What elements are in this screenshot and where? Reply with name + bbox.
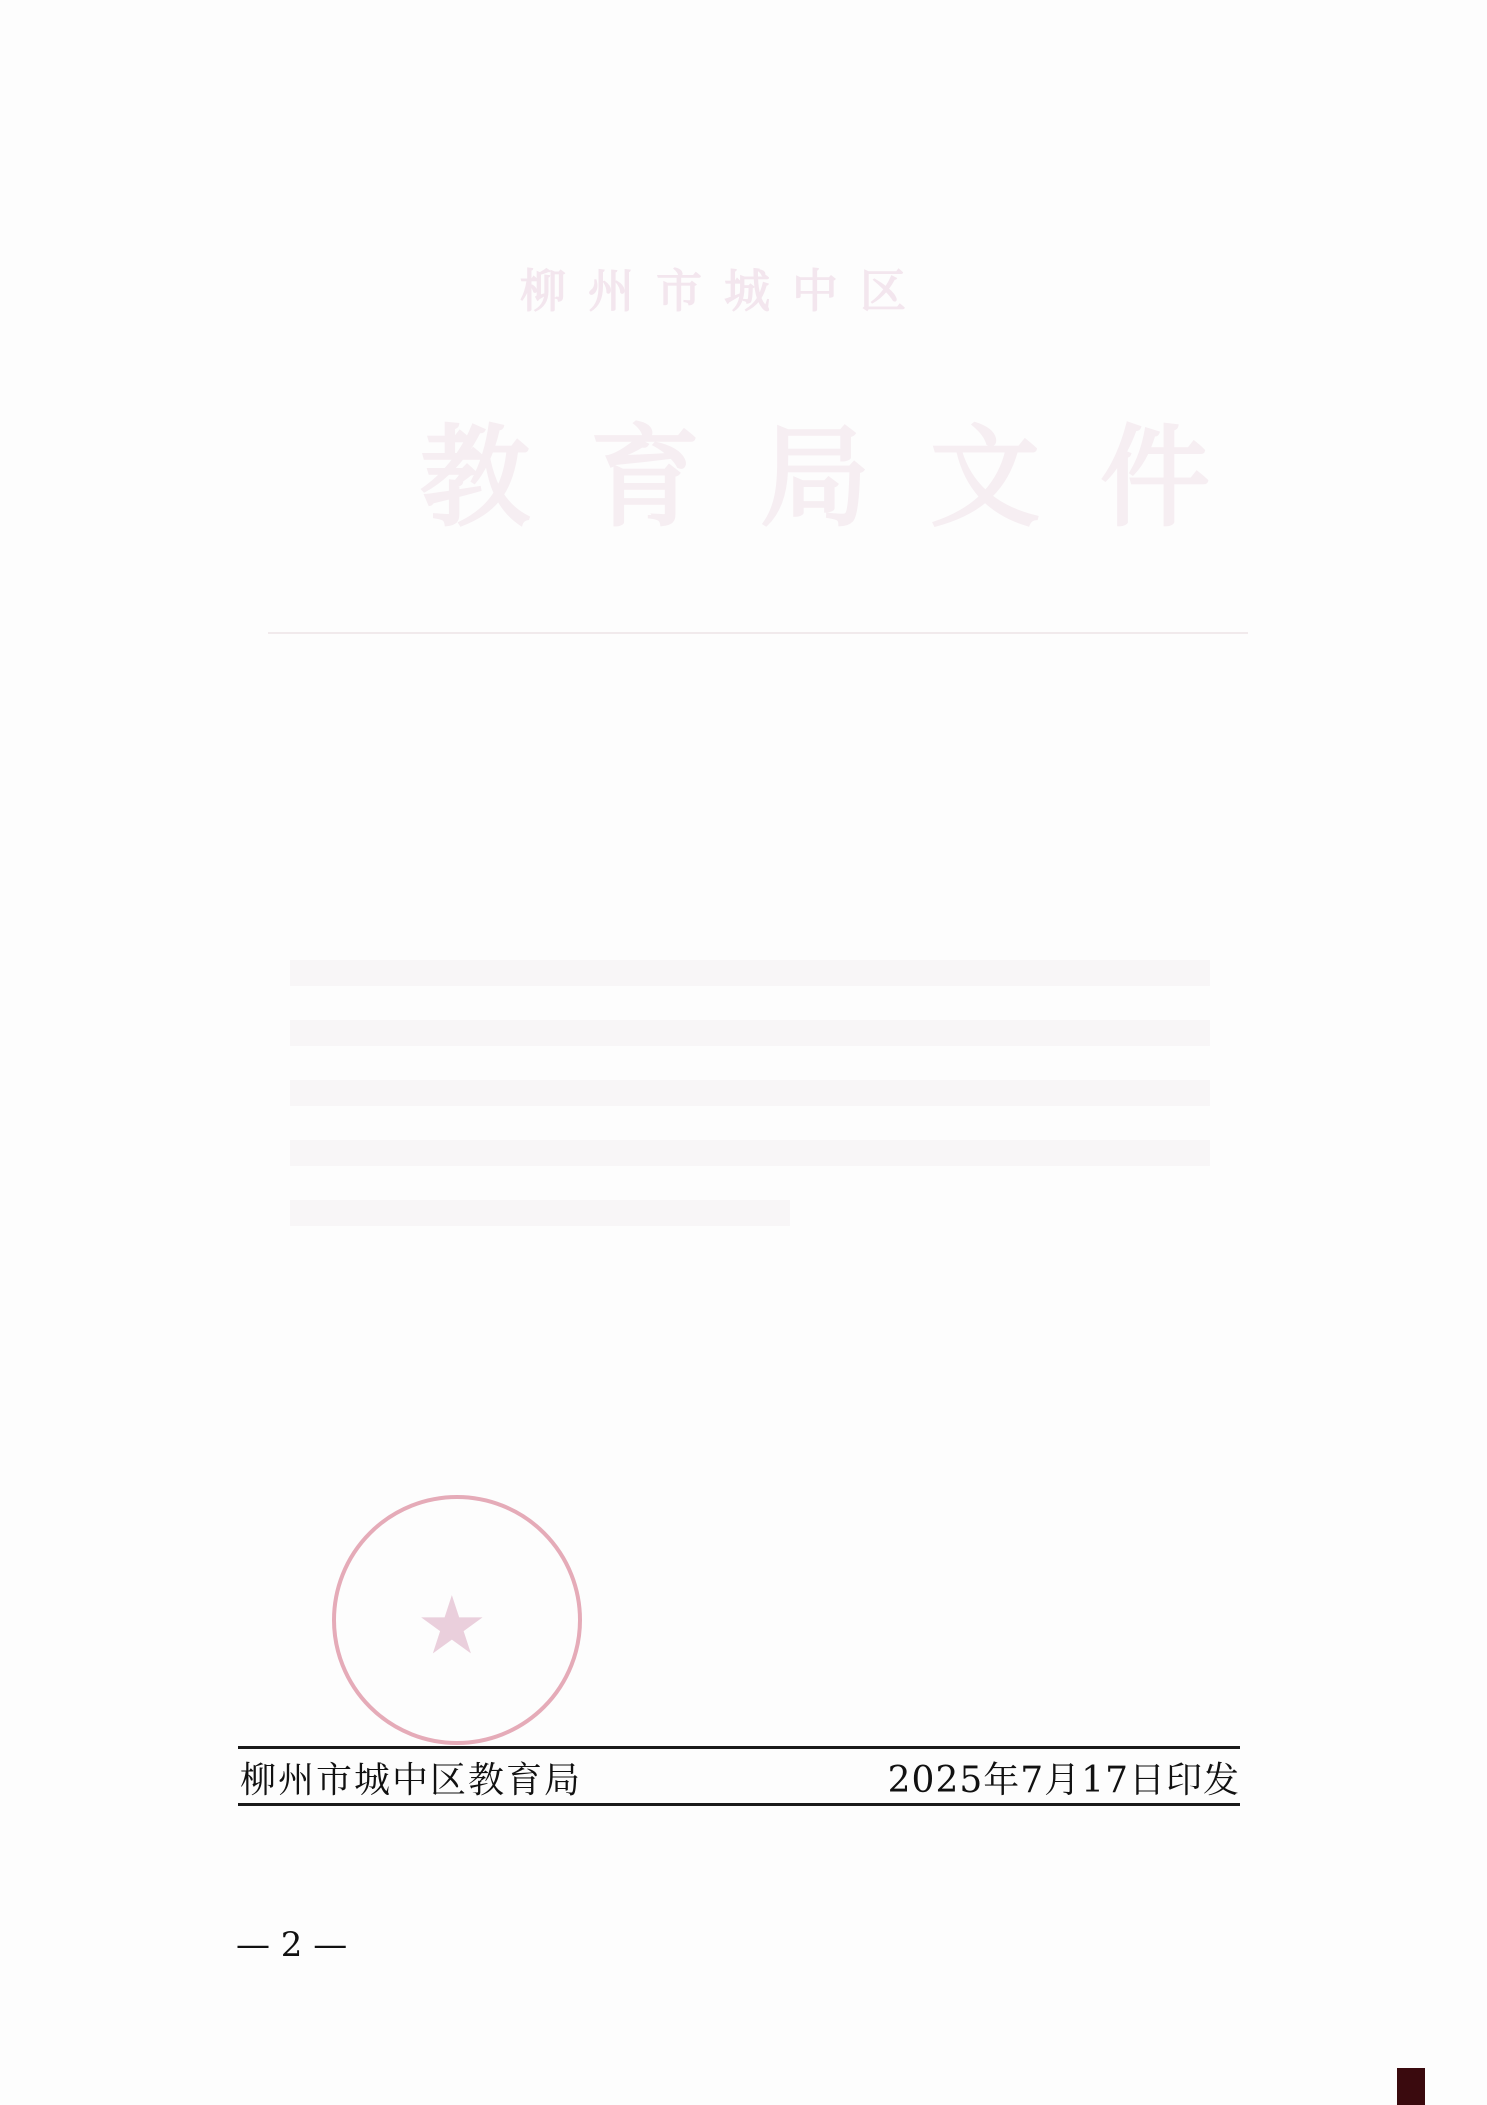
showthrough-body-line (290, 960, 1210, 986)
issue-date: 2025年7月17日印发 (888, 1752, 1240, 1803)
official-seal: ★ (332, 1495, 582, 1745)
showthrough-org-heading: 柳州市城中区 (520, 255, 928, 321)
showthrough-title: 教育局文件 (420, 390, 1270, 548)
issuer-name: 柳州市城中区教育局 (240, 1752, 582, 1803)
showthrough-divider (268, 632, 1248, 634)
star-icon: ★ (416, 1579, 488, 1672)
scan-edge-mark (1397, 2068, 1425, 2105)
footer-rule-bottom (238, 1803, 1240, 1806)
page-number: — 2 — (236, 1925, 347, 1965)
footer-rule-top (238, 1746, 1240, 1749)
showthrough-body-line (290, 1080, 1210, 1106)
showthrough-body-line (290, 1200, 790, 1226)
showthrough-body-line (290, 1020, 1210, 1046)
showthrough-body-line (290, 1140, 1210, 1166)
